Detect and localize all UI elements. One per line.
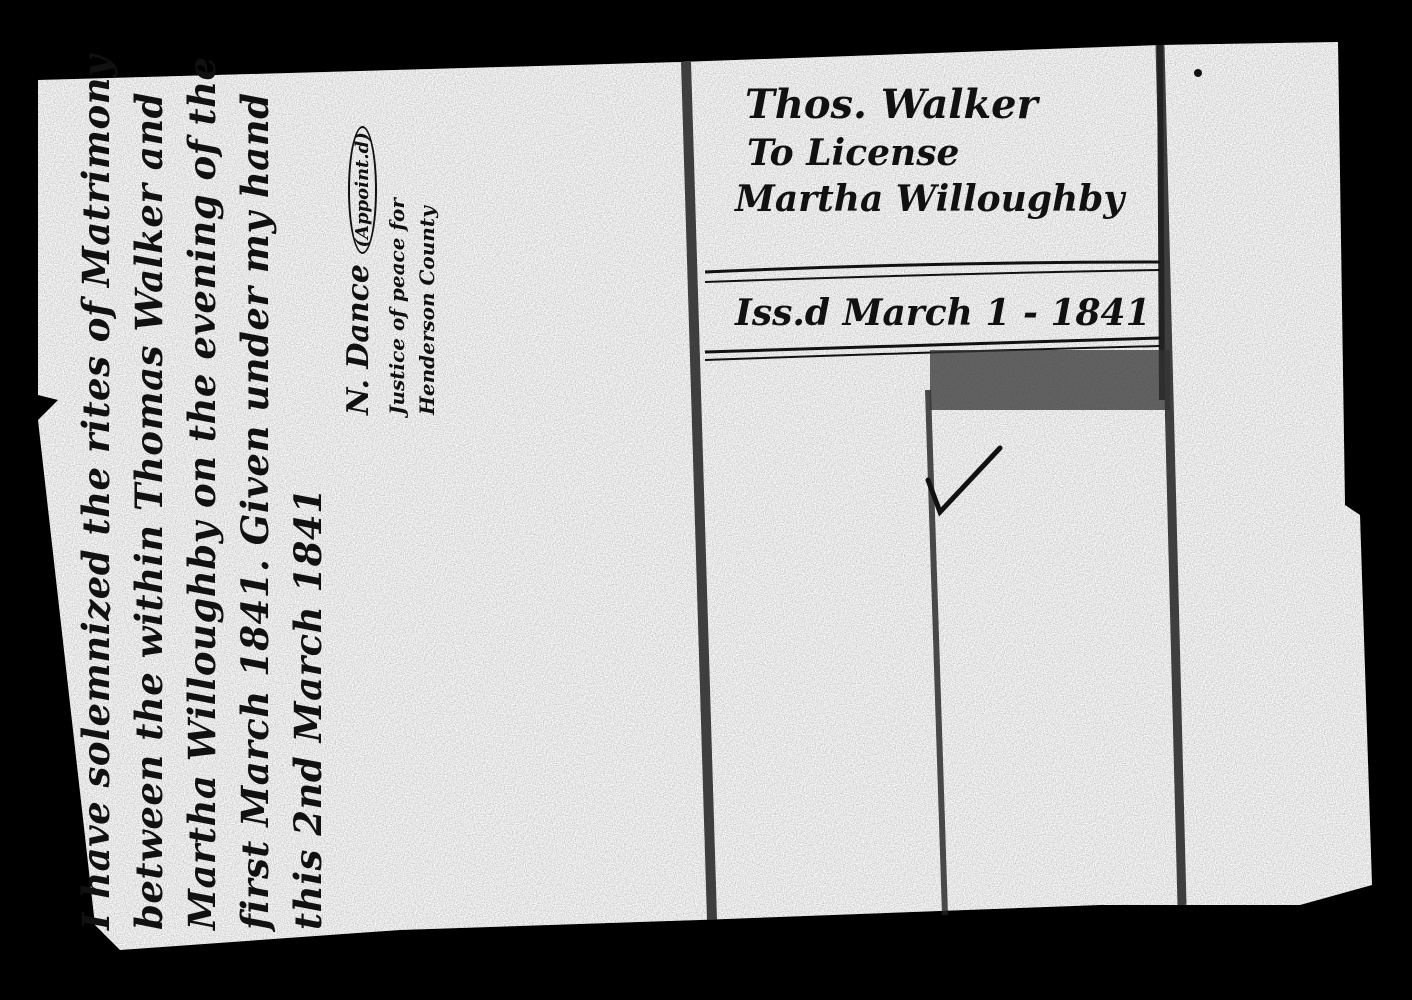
return-line-4: first March 1841. Given under my hand — [229, 70, 282, 930]
return-line-3: Martha Willoughby on the evening of the — [176, 70, 229, 930]
return-line-1: I have solemnized the rites of Matrimony — [70, 70, 123, 930]
officiant-name: N. Dance (Appoint.d) — [340, 75, 382, 415]
check-mark-icon — [920, 440, 1010, 520]
return-line-5: this 2nd March 1841 — [282, 70, 335, 930]
docket-endorsement: Thos. Walker To License Martha Willoughb… — [735, 80, 1155, 222]
return-certificate-text: I have solemnized the rites of Matrimony… — [70, 70, 335, 930]
officiant-signature-block: N. Dance (Appoint.d) Justice of peace fo… — [340, 75, 442, 415]
docket-license: To License — [747, 130, 1155, 176]
docket-issued-date: Iss.d March 1 - 1841 — [735, 290, 1155, 336]
docket-bride: Martha Willoughby — [735, 176, 1155, 222]
circled-mark: (Appoint.d) — [348, 126, 377, 253]
officiant-title-1: Justice of peace for — [382, 75, 412, 415]
officiant-title-2: Henderson County — [412, 75, 442, 415]
scanned-document: I have solemnized the rites of Matrimony… — [0, 0, 1412, 1000]
return-line-2: between the within Thomas Walker and — [123, 70, 176, 930]
docket-groom: Thos. Walker — [745, 80, 1155, 130]
